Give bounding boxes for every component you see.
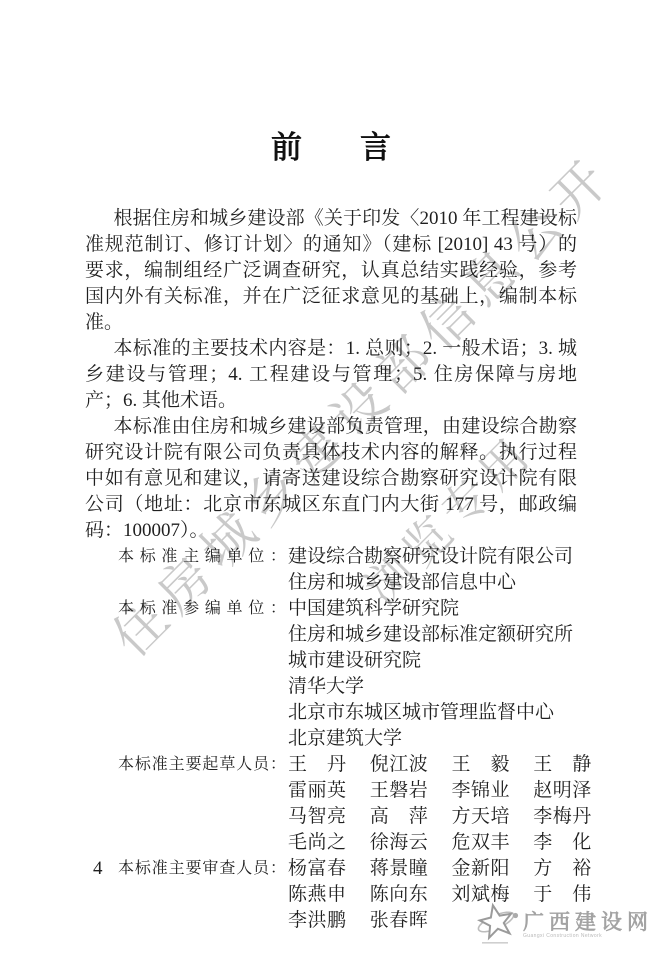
logo-site-name: 广西建设网 <box>523 911 653 933</box>
person-name: 王磐岩 <box>370 778 428 804</box>
participating-units-list: 中国建筑科学研究院 住房和城乡建设部标准定额研究所 城市建设研究院 清华大学 北… <box>288 596 577 752</box>
person-name: 高萍 <box>370 804 428 830</box>
person-name: 倪江波 <box>370 752 428 778</box>
person-name: 危双丰 <box>452 830 510 856</box>
chief-editing-units-list: 建设综合勘察研究设计院有限公司 住房和城乡建设部信息中心 <box>288 544 577 596</box>
org-item: 住房和城乡建设部信息中心 <box>288 570 577 596</box>
person-name: 赵明泽 <box>533 778 591 804</box>
person-name: 方裕 <box>533 856 591 882</box>
name-row: 王丹 倪江波 王毅 王静 <box>288 752 591 778</box>
document-page: 住房城乡建设部信息公开 浏览专用 前 言 根据住房和城乡建设部《关于印发〈201… <box>0 0 661 958</box>
page-content: 前 言 根据住房和城乡建设部《关于印发〈2010 年工程建设标准规范制订、修订计… <box>85 128 577 934</box>
person-name: 马智亮 <box>288 804 346 830</box>
person-name: 杨富春 <box>288 856 346 882</box>
chief-editing-units-section: 本标准主编单位： 建设综合勘察研究设计院有限公司 住房和城乡建设部信息中心 <box>85 544 577 596</box>
management-paragraph: 本标准由住房和城乡建设部负责管理，由建设综合勘察研究设计院有限公司负责具体技术内… <box>85 414 577 544</box>
person-name: 李洪鹏 <box>288 908 346 934</box>
page-number: 4 <box>93 858 103 880</box>
org-item: 城市建设研究院 <box>288 648 577 674</box>
name-row: 雷丽英 王磐岩 李锦业 赵明泽 <box>288 778 591 804</box>
contents-paragraph: 本标准的主要技术内容是：1. 总则；2. 一般术语；3. 城乡建设与管理；4. … <box>85 336 577 414</box>
drafters-label: 本标准主要起草人员： <box>118 752 286 778</box>
person-name: 蒋景瞳 <box>370 856 428 882</box>
org-item: 北京市东城区城市管理监督中心 <box>288 700 577 726</box>
person-name: 王丹 <box>288 752 346 778</box>
person-name: 陈燕申 <box>288 882 346 908</box>
intro-paragraph: 根据住房和城乡建设部《关于印发〈2010 年工程建设标准规范制订、修订计划〉的通… <box>85 206 577 336</box>
person-name: 李化 <box>533 830 591 856</box>
person-name: 雷丽英 <box>288 778 346 804</box>
drafters-list: 王丹 倪江波 王毅 王静 雷丽英 王磐岩 李锦业 赵明泽 马智亮 高萍 方天培 … <box>288 752 591 856</box>
participating-units-section: 本标准参编单位： 中国建筑科学研究院 住房和城乡建设部标准定额研究所 城市建设研… <box>85 596 577 752</box>
person-name: 王静 <box>533 752 591 778</box>
reviewers-label: 本标准主要审查人员： <box>118 856 286 882</box>
person-name: 方天培 <box>452 804 510 830</box>
org-item: 建设综合勘察研究设计院有限公司 <box>288 544 577 570</box>
title-char-2: 言 <box>360 128 391 168</box>
chief-editing-units-label: 本标准主编单位： <box>118 544 286 570</box>
person-name: 陈向东 <box>370 882 428 908</box>
person-name: 金新阳 <box>452 856 510 882</box>
name-row: 杨富春 蒋景瞳 金新阳 方裕 <box>288 856 591 882</box>
title-char-1: 前 <box>271 128 302 168</box>
logo-tagline: Guangxi Construction Network <box>523 933 653 940</box>
org-item: 清华大学 <box>288 674 577 700</box>
person-name: 徐海云 <box>370 830 428 856</box>
org-item: 住房和城乡建设部标准定额研究所 <box>288 622 577 648</box>
person-name: 王毅 <box>452 752 510 778</box>
name-row: 毛尚之 徐海云 危双丰 李化 <box>288 830 591 856</box>
person-name: 张春晖 <box>370 908 428 934</box>
drafters-section: 本标准主要起草人员： 王丹 倪江波 王毅 王静 雷丽英 王磐岩 李锦业 赵明泽 … <box>85 752 577 856</box>
person-name: 李梅丹 <box>533 804 591 830</box>
org-item: 中国建筑科学研究院 <box>288 596 577 622</box>
person-name: 李锦业 <box>452 778 510 804</box>
star-logo-icon <box>477 902 519 948</box>
name-row: 马智亮 高萍 方天培 李梅丹 <box>288 804 591 830</box>
participating-units-label: 本标准参编单位： <box>118 596 286 622</box>
org-item: 北京建筑大学 <box>288 726 577 752</box>
person-name: 毛尚之 <box>288 830 346 856</box>
logo-text-block: 广西建设网 Guangxi Construction Network <box>523 911 653 940</box>
site-logo: 广西建设网 Guangxi Construction Network <box>477 902 653 948</box>
page-title: 前 言 <box>85 128 577 168</box>
